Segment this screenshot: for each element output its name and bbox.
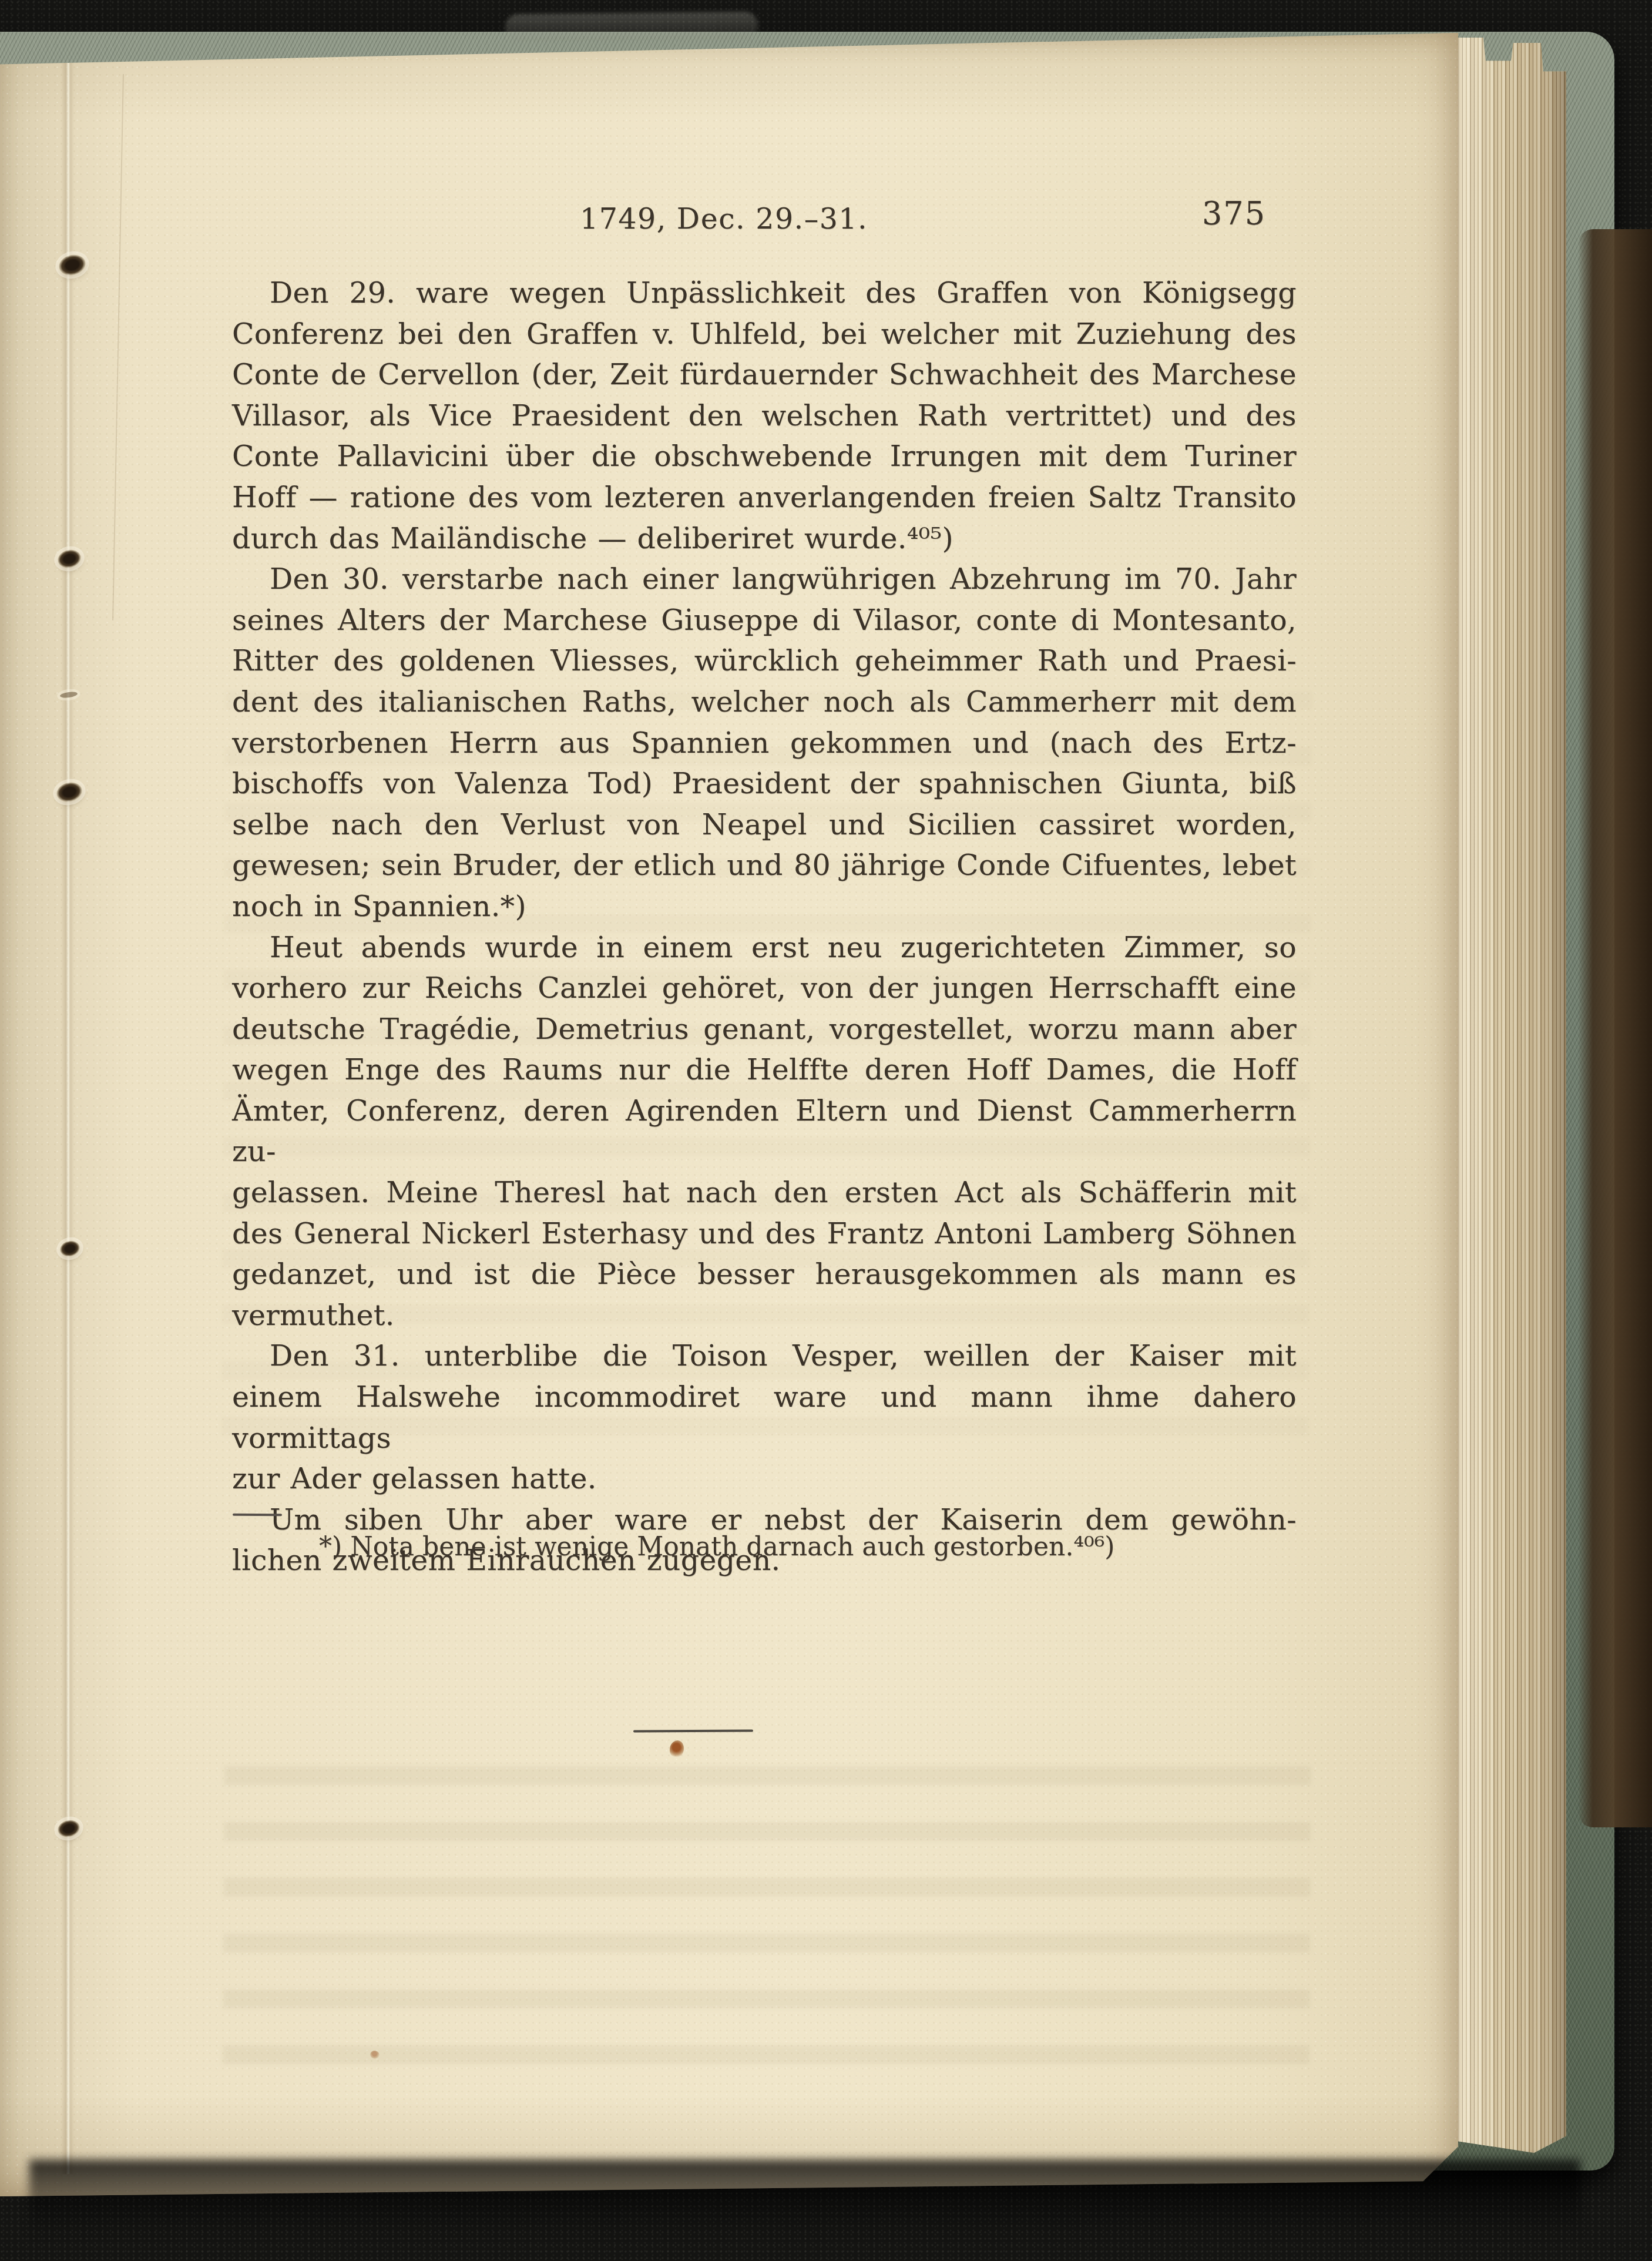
footnote-rule <box>233 1514 282 1517</box>
text-line: durch das Mailändische — deliberiret wur… <box>232 518 1297 559</box>
page-number: 375 <box>1202 195 1266 232</box>
book-bottom-shadow <box>29 2160 1580 2236</box>
book-photo: 1749, Dec. 29.–31. 375 Den 29. ware wege… <box>0 0 1652 2261</box>
text-line: seines Alters der Marchese Giuseppe di V… <box>232 600 1297 641</box>
text-line: Conferenz bei den Graffen v. Uhlfeld, be… <box>232 314 1297 355</box>
text-line: gedanzet, und ist die Pièce besser herau… <box>232 1254 1297 1295</box>
text-line: vorhero zur Reichs Canzlei gehöret, von … <box>232 968 1297 1009</box>
text-line: Den 29. ware wegen Unpässlichkeit des Gr… <box>232 273 1297 314</box>
paragraph: Den 30. verstarbe nach einer langwührige… <box>232 559 1297 927</box>
text-line: Conte Pallavicini über die obschwebende … <box>232 436 1297 477</box>
text-line: gelassen. Meine Theresl hat nach den ers… <box>232 1172 1297 1213</box>
text-line: Den 30. verstarbe nach einer langwührige… <box>232 559 1297 600</box>
text-line: bischoffs von Valenza Tod) Praesident de… <box>232 763 1297 804</box>
text-line: Ämter, Conferenz, deren Agirenden Eltern… <box>232 1091 1297 1172</box>
text-line: selbe nach den Verlust von Neapel und Si… <box>232 804 1297 846</box>
fox-spot-small <box>370 2049 381 2059</box>
text-line: Ritter des goldenen Vliesses, würcklich … <box>232 640 1297 682</box>
text-line: vermuthet. <box>232 1295 1297 1336</box>
paragraph: Den 29. ware wegen Unpässlichkeit des Gr… <box>232 273 1297 559</box>
cover-frayed-tear <box>505 12 758 42</box>
text-line: des General Nickerl Esterhasy und des Fr… <box>232 1213 1297 1254</box>
book-page: 1749, Dec. 29.–31. 375 Den 29. ware wege… <box>0 33 1458 2196</box>
paper-fiber-line <box>112 74 124 620</box>
text-line: Villasor, als Vice Praesident den welsch… <box>232 395 1297 437</box>
showthrough-lower <box>223 1766 1311 2084</box>
page-header: 1749, Dec. 29.–31. 375 <box>232 202 1297 243</box>
date-heading: 1749, Dec. 29.–31. <box>580 202 868 236</box>
text-line: gewesen; sein Bruder, der etlich und 80 … <box>232 845 1297 886</box>
text-line: Den 31. unterblibe die Toison Vesper, we… <box>232 1336 1297 1377</box>
paragraph: Heut abends wurde in einem erst neu zuge… <box>232 927 1297 1336</box>
text-line: Heut abends wurde in einem erst neu zuge… <box>232 927 1297 968</box>
fox-spot <box>668 1739 686 1759</box>
text-line: wegen Enge des Raums nur die Helffte der… <box>232 1049 1297 1091</box>
sewing-hole <box>56 1818 82 1839</box>
paragraph: Den 31. unterblibe die Toison Vesper, we… <box>232 1336 1297 1499</box>
text-block: Den 29. ware wegen Unpässlichkeit des Gr… <box>232 273 1297 1581</box>
text-line: einem Halswehe incommodiret ware und man… <box>232 1377 1297 1458</box>
spine-leather-patch <box>1578 229 1652 1827</box>
text-line: Hoff — ratione des vom lezteren anverlan… <box>232 477 1297 518</box>
text-line: deutsche Tragédie, Demetrius genant, vor… <box>232 1009 1297 1050</box>
section-rule <box>633 1730 753 1733</box>
text-line: verstorbenen Herrn aus Spannien gekommen… <box>232 723 1297 764</box>
gutter-crease <box>61 59 74 2174</box>
text-line: zur Ader gelassen hatte. <box>232 1458 1297 1499</box>
sewing-hole <box>55 780 84 804</box>
text-line: noch in Spannien.*) <box>232 886 1297 927</box>
text-line: Conte de Cervellon (der, Zeit fürdauernd… <box>232 354 1297 395</box>
sewing-hole <box>56 548 83 571</box>
text-line: dent des italianischen Raths, welcher no… <box>232 682 1297 723</box>
footnote-text: *) Nota bene ist wenige Monath darnach a… <box>232 1530 1297 1564</box>
page-edge-stack <box>1451 38 1566 2153</box>
